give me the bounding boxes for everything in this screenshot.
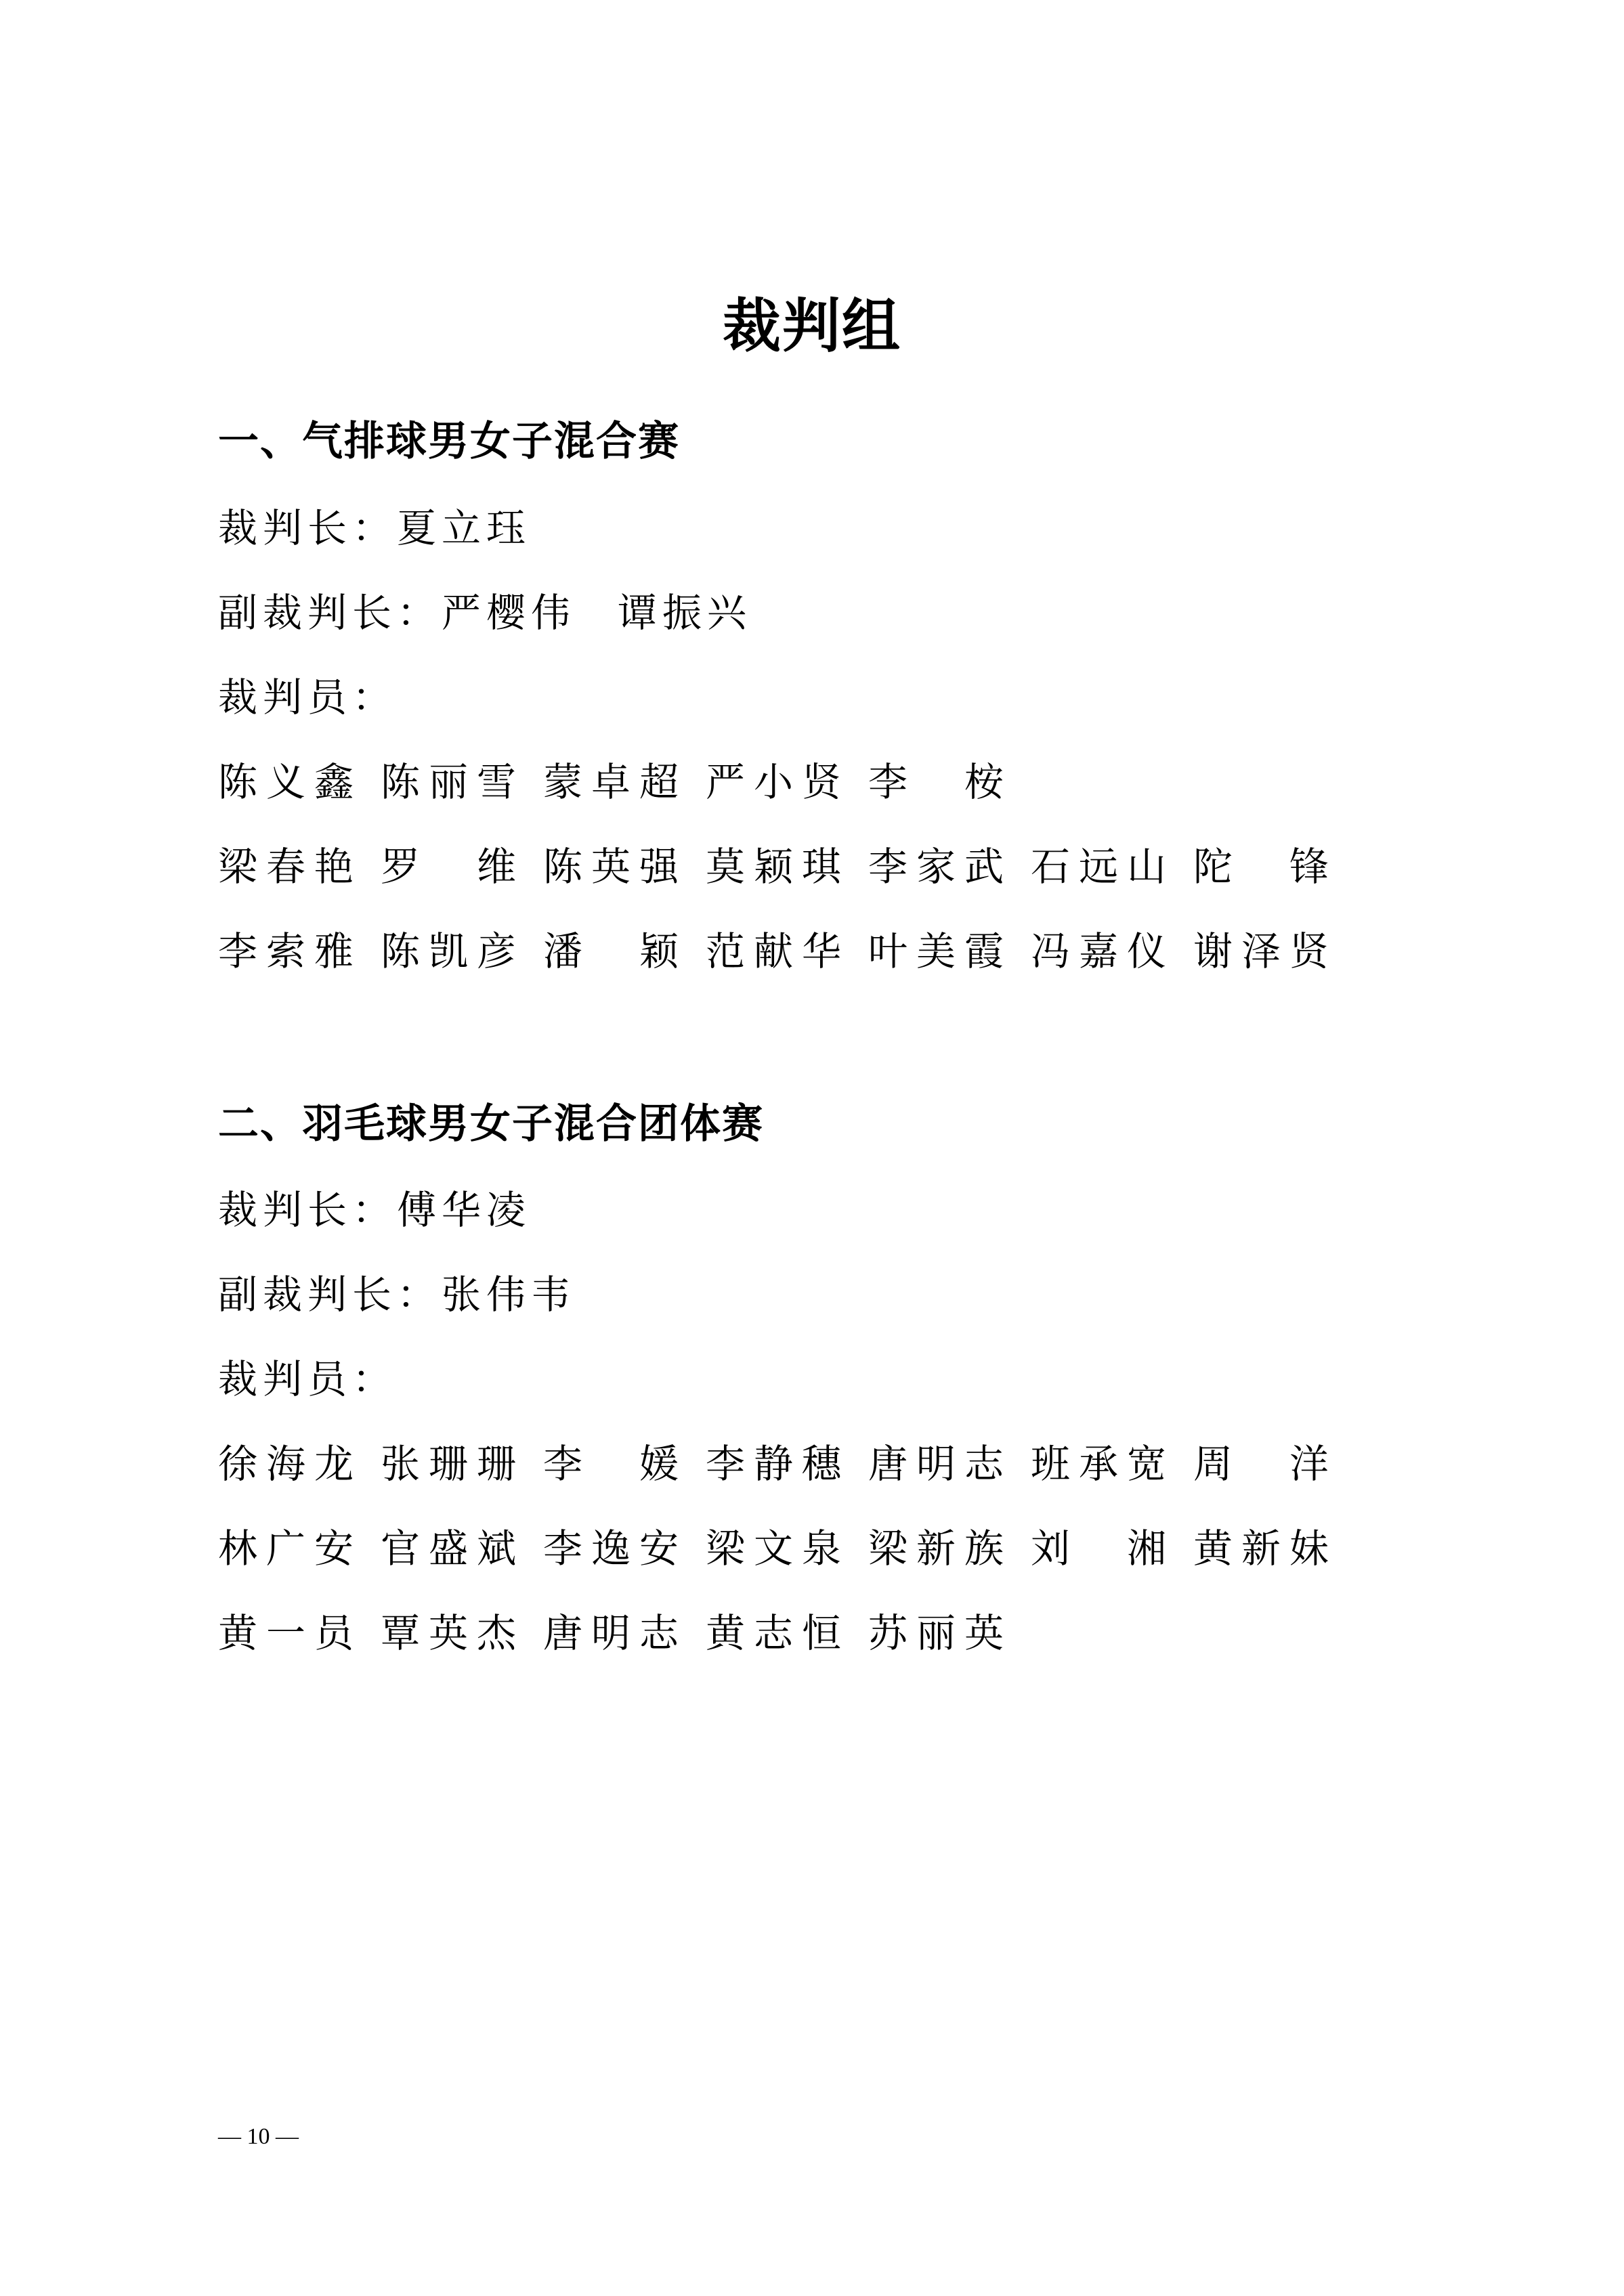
referee-row: 陈义鑫陈丽雪蒙卓超严小贤李桉 bbox=[218, 758, 1505, 806]
referee-name: 罗维 bbox=[381, 843, 516, 890]
referee-name: 黄新妹 bbox=[1193, 1525, 1329, 1572]
referee-name: 李逸安 bbox=[543, 1525, 679, 1572]
referee-name: 覃英杰 bbox=[381, 1609, 516, 1657]
referees-label: 裁判员： bbox=[218, 674, 397, 721]
chief-referee-label: 裁判长： bbox=[218, 505, 397, 551]
referee-name: 黄志恒 bbox=[706, 1609, 841, 1657]
chief-referee-name: 夏立珏 bbox=[397, 505, 531, 551]
referee-name: 叶美霞 bbox=[868, 928, 1004, 975]
chief-referee-name: 傅华凌 bbox=[397, 1187, 531, 1233]
referee-name: 梁新族 bbox=[868, 1525, 1004, 1572]
deputy-chief-referee-name: 谭振兴 bbox=[618, 590, 752, 636]
referee-name: 莫颖琪 bbox=[706, 843, 841, 890]
deputy-chief-referee-name: 张伟韦 bbox=[442, 1272, 576, 1318]
referee-name: 梁文泉 bbox=[706, 1525, 841, 1572]
referee-name: 范献华 bbox=[706, 928, 841, 975]
referee-name: 苏丽英 bbox=[868, 1609, 1004, 1657]
referee-name: 梁春艳 bbox=[218, 843, 354, 890]
referee-name: 陈英强 bbox=[543, 843, 679, 890]
referee-name: 陈丽雪 bbox=[381, 758, 516, 806]
referee-name: 李桉 bbox=[868, 758, 1004, 806]
referee-name: 陀锋 bbox=[1193, 843, 1329, 890]
referee-name: 蒙卓超 bbox=[543, 758, 679, 806]
chief-referee-line: 裁判长：夏立珏 bbox=[218, 504, 531, 552]
referee-name: 徐海龙 bbox=[218, 1440, 354, 1488]
referee-name: 李家武 bbox=[868, 843, 1004, 890]
referee-row: 李索雅陈凯彦潘颖范献华叶美霞冯嘉仪谢泽贤 bbox=[218, 928, 1505, 975]
deputy-chief-referee-label: 副裁判长： bbox=[218, 590, 442, 636]
referee-name: 李媛 bbox=[543, 1440, 679, 1488]
referee-row: 徐海龙张珊珊李媛李静穗唐明志班承宽周洋 bbox=[218, 1440, 1505, 1488]
deputy-chief-referee-line: 副裁判长：张伟韦 bbox=[218, 1271, 576, 1318]
referee-name: 周洋 bbox=[1193, 1440, 1329, 1488]
referee-name: 刘湘 bbox=[1031, 1525, 1166, 1572]
referee-name: 李静穗 bbox=[706, 1440, 841, 1488]
referee-name: 林广安 bbox=[218, 1525, 354, 1572]
referee-name: 陈凯彦 bbox=[381, 928, 516, 975]
referee-name: 陈义鑫 bbox=[218, 758, 354, 806]
referee-name: 潘颖 bbox=[543, 928, 679, 975]
referee-name: 官盛斌 bbox=[381, 1525, 516, 1572]
page-number: — 10 — bbox=[218, 2123, 299, 2150]
section-heading-volleyball: 一、气排球男女子混合赛 bbox=[218, 418, 680, 465]
referee-name: 李索雅 bbox=[218, 928, 354, 975]
referee-name: 班承宽 bbox=[1031, 1440, 1166, 1488]
referee-name: 黄一员 bbox=[218, 1609, 354, 1657]
chief-referee-line: 裁判长：傅华凌 bbox=[218, 1186, 531, 1234]
referee-name: 唐明志 bbox=[543, 1609, 679, 1657]
referees-label: 裁判员： bbox=[218, 1356, 397, 1403]
referee-row: 黄一员覃英杰唐明志黄志恒苏丽英 bbox=[218, 1609, 1505, 1657]
referee-name: 严小贤 bbox=[706, 758, 841, 806]
referee-name: 唐明志 bbox=[868, 1440, 1004, 1488]
deputy-chief-referee-name: 严樱伟 bbox=[442, 590, 576, 636]
page-title: 裁判组 bbox=[0, 293, 1624, 360]
deputy-chief-referee-label: 副裁判长： bbox=[218, 1272, 442, 1318]
referee-name: 石远山 bbox=[1031, 843, 1166, 890]
section-heading-badminton: 二、羽毛球男女子混合团体赛 bbox=[218, 1100, 764, 1148]
referee-name: 张珊珊 bbox=[381, 1440, 516, 1488]
referee-name: 冯嘉仪 bbox=[1031, 928, 1166, 975]
referee-row: 林广安官盛斌李逸安梁文泉梁新族刘湘黄新妹 bbox=[218, 1525, 1505, 1572]
referee-row: 梁春艳罗维陈英强莫颖琪李家武石远山陀锋 bbox=[218, 843, 1505, 890]
referee-name: 谢泽贤 bbox=[1193, 928, 1329, 975]
chief-referee-label: 裁判长： bbox=[218, 1187, 397, 1233]
deputy-chief-referee-line: 副裁判长：严樱伟谭振兴 bbox=[218, 589, 752, 636]
